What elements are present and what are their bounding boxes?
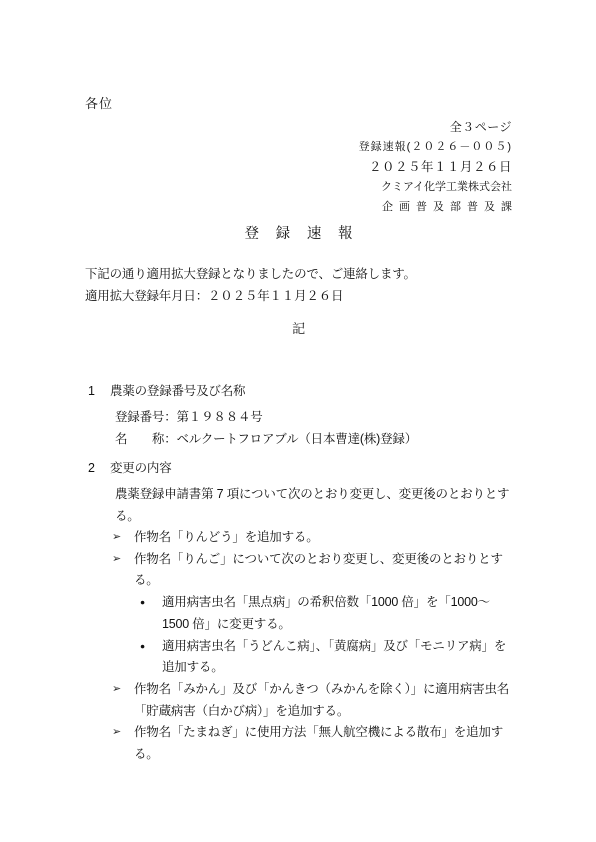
list-item-text: 作物名「みかん」及び「かんきつ（みかんを除く）」に適用病害虫名「貯蔵病害（白かび… bbox=[134, 679, 512, 722]
list-item: ➢ 作物名「たまねぎ」に使用方法「無人航空機による散布」を追加する。 bbox=[85, 722, 512, 765]
arrow-bullet-icon: ➢ bbox=[112, 679, 134, 722]
record-mark: 記 bbox=[85, 322, 512, 336]
document-page: 各位 全３ページ 登録速報(２０２６－００５) ２０２５年１１月２６日 クミアイ… bbox=[0, 0, 596, 842]
section-body: 登録番号：第１９８８４号 名 称：ベルクートフロアブル（日本曹達(株)登録） bbox=[115, 406, 512, 450]
section-change-details: 2変更の内容 農薬登録申請書第 7 項について次のとおり変更し、変更後のとおりと… bbox=[85, 461, 512, 766]
list-item-text: 作物名「たまねぎ」に使用方法「無人航空機による散布」を追加する。 bbox=[134, 722, 512, 765]
bulletin-number: 登録速報(２０２６－００５) bbox=[85, 137, 512, 157]
list-item-text: 適用病害虫名「うどんこ病」、「黄腐病」及び「モニリア病」を追加する。 bbox=[162, 636, 512, 679]
department-line: 企画普及部普及課 bbox=[85, 197, 512, 217]
list-item-text: 作物名「りんご」について次のとおり変更し、変更後のとおりとする。 bbox=[134, 549, 512, 592]
section-heading-text: 農薬の登録番号及び名称 bbox=[110, 384, 245, 398]
section-number: 2 bbox=[88, 461, 110, 475]
arrow-bullet-icon: ➢ bbox=[112, 549, 134, 592]
change-item-list: ➢ 作物名「りんどう」を追加する。 ➢ 作物名「りんご」について次のとおり変更し… bbox=[85, 527, 512, 766]
list-item-text: 適用病害虫名「黒点病」の希釈倍数「1000 倍」を「1000～1500 倍」に変… bbox=[162, 592, 512, 635]
arrow-bullet-icon: ➢ bbox=[112, 722, 134, 765]
recipient: 各位 bbox=[85, 97, 512, 111]
section-heading: 2変更の内容 bbox=[85, 461, 512, 475]
page-count: 全３ページ bbox=[85, 117, 512, 137]
department-name: 企画普及部普及課 bbox=[382, 197, 518, 217]
registration-number-line: 登録番号：第１９８８４号 bbox=[115, 406, 512, 428]
arrow-bullet-icon: ➢ bbox=[112, 527, 134, 549]
list-item: ➢ 作物名「みかん」及び「かんきつ（みかんを除く）」に適用病害虫名「貯蔵病害（白… bbox=[85, 679, 512, 722]
header-meta: 全３ページ 登録速報(２０２６－００５) ２０２５年１１月２６日 クミアイ化学工… bbox=[85, 117, 512, 217]
section-heading: 1農薬の登録番号及び名称 bbox=[85, 384, 512, 398]
circle-bullet-icon: ● bbox=[140, 636, 162, 679]
section-registration-info: 1農薬の登録番号及び名称 登録番号：第１９８８４号 名 称：ベルクートフロアブル… bbox=[85, 384, 512, 450]
product-name-line: 名 称：ベルクートフロアブル（日本曹達(株)登録） bbox=[115, 428, 512, 450]
company-name: クミアイ化学工業株式会社 bbox=[85, 177, 512, 197]
section-number: 1 bbox=[88, 384, 110, 398]
list-item: ➢ 作物名「りんどう」を追加する。 bbox=[85, 527, 512, 549]
issue-date: ２０２５年１１月２６日 bbox=[85, 157, 512, 177]
list-item: ● 適用病害虫名「黒点病」の希釈倍数「1000 倍」を「1000～1500 倍」… bbox=[85, 592, 512, 635]
section-heading-text: 変更の内容 bbox=[110, 461, 172, 475]
list-item: ➢ 作物名「りんご」について次のとおり変更し、変更後のとおりとする。 bbox=[85, 549, 512, 592]
document-title: 登録速報 bbox=[85, 227, 512, 242]
intro-block: 下記の通り適用拡大登録となりましたので、ご連絡します。 適用拡大登録年月日：２０… bbox=[85, 263, 512, 307]
list-item-text: 作物名「りんどう」を追加する。 bbox=[134, 527, 512, 549]
intro-line-1: 下記の通り適用拡大登録となりましたので、ご連絡します。 bbox=[85, 263, 512, 285]
section-lead-text: 農薬登録申請書第 7 項について次のとおり変更し、変更後のとおりとする。 bbox=[115, 483, 512, 527]
circle-bullet-icon: ● bbox=[140, 592, 162, 635]
list-item: ● 適用病害虫名「うどんこ病」、「黄腐病」及び「モニリア病」を追加する。 bbox=[85, 636, 512, 679]
intro-line-2: 適用拡大登録年月日：２０２５年１１月２６日 bbox=[85, 285, 512, 307]
